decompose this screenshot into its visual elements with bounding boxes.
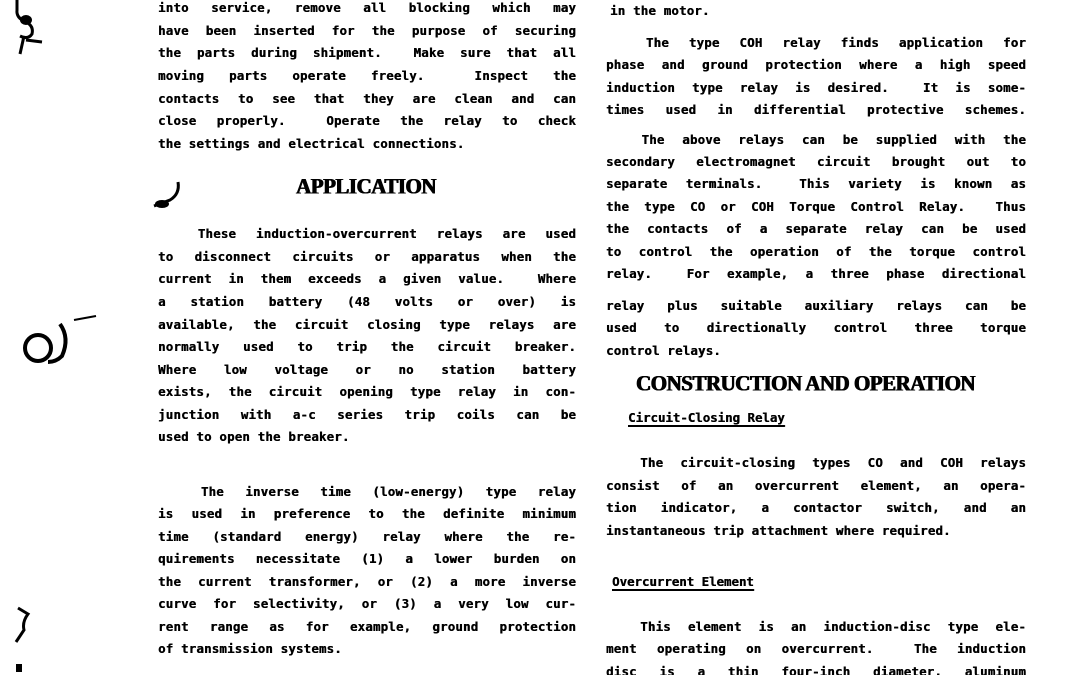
text-line: curve for selectivity, or (3) a very low… <box>158 596 576 612</box>
text-line: available, the circuit closing type rela… <box>158 317 576 333</box>
text-line: used to open the breaker. <box>158 429 350 445</box>
text-line: rent range as for example, ground protec… <box>158 619 576 635</box>
text-line: Where low voltage or no station battery <box>158 362 576 378</box>
text-line: is used in preference to the definite mi… <box>158 506 576 522</box>
text-line: secondary electromagnet circuit brought … <box>606 154 1026 170</box>
subheading-circuit-closing-relay: Circuit-Closing Relay <box>628 410 785 425</box>
text-line: normally used to trip the circuit breake… <box>158 339 576 355</box>
text-line: of transmission systems. <box>158 641 342 657</box>
scan-mark-bottom <box>14 600 34 675</box>
text-line: relay. For example, a three phase direct… <box>606 266 1026 282</box>
text-line: The inverse time (low-energy) type relay <box>158 484 576 500</box>
text-line: The circuit-closing types CO and COH rel… <box>606 455 1026 471</box>
text-line: a station battery (48 volts or over) is <box>158 294 576 310</box>
subheading-overcurrent-element: Overcurrent Element <box>612 574 754 589</box>
text-line: times used in differential protective sc… <box>606 102 1026 118</box>
text-line: quirements necessitate (1) a lower burde… <box>158 551 576 567</box>
text-line: the contacts of a separate relay can be … <box>606 221 1026 237</box>
text-line: used to directionally control three torq… <box>606 320 1026 336</box>
text-line: separate terminals. This variety is know… <box>606 176 1026 192</box>
text-line: instantaneous trip attachment where requ… <box>606 523 951 539</box>
text-line: control relays. <box>606 343 721 359</box>
text-line: relay plus suitable auxiliary relays can… <box>606 298 1026 314</box>
text-line: This element is an induction-disc type e… <box>606 619 1026 635</box>
text-line: The type COH relay finds application for <box>606 35 1026 51</box>
text-line: into service, remove all blocking which … <box>158 0 576 16</box>
text-line: to disconnect circuits or apparatus when… <box>158 249 576 265</box>
text-line: The above relays can be supplied with th… <box>606 132 1026 148</box>
text-line: close properly. Operate the relay to che… <box>158 113 576 129</box>
text-line: tion indicator, a contactor switch, and … <box>606 500 1026 516</box>
text-line: the settings and electrical connections. <box>158 136 464 152</box>
text-line: the current transformer, or (2) a more i… <box>158 574 576 590</box>
scan-mark-top <box>12 0 44 56</box>
text-line: junction with a-c series trip coils can … <box>158 407 576 423</box>
text-line: consist of an overcurrent element, an op… <box>606 478 1026 494</box>
text-line: to control the operation of the torque c… <box>606 244 1026 260</box>
text-line: have been inserted for the purpose of se… <box>158 23 576 39</box>
text-line: phase and ground protection where a high… <box>606 57 1026 73</box>
text-line: the parts during shipment. Make sure tha… <box>158 45 576 61</box>
scan-mark-heading <box>148 180 188 212</box>
text-line: exists, the circuit opening type relay i… <box>158 384 576 400</box>
text-line: These induction-overcurrent relays are u… <box>158 226 576 242</box>
punch-hole-mark <box>18 312 102 372</box>
text-line: contacts to see that they are clean and … <box>158 91 576 107</box>
text-line: moving parts operate freely. Inspect the <box>158 68 576 84</box>
text-line: current in them exceeds a given value. W… <box>158 271 576 287</box>
text-line: the type CO or COH Torque Control Relay.… <box>606 199 1026 215</box>
section-heading-construction: CONSTRUCTION AND OPERATION <box>636 370 975 396</box>
text-line: induction type relay is desired. It is s… <box>606 80 1026 96</box>
text-line: in the motor. <box>610 3 710 19</box>
text-line: ment operating on overcurrent. The induc… <box>606 641 1026 657</box>
text-line: disc is a thin four-inch diameter, alumi… <box>606 664 1026 675</box>
text-line: time (standard energy) relay where the r… <box>158 529 576 545</box>
section-heading-application: APPLICATION <box>296 173 436 199</box>
